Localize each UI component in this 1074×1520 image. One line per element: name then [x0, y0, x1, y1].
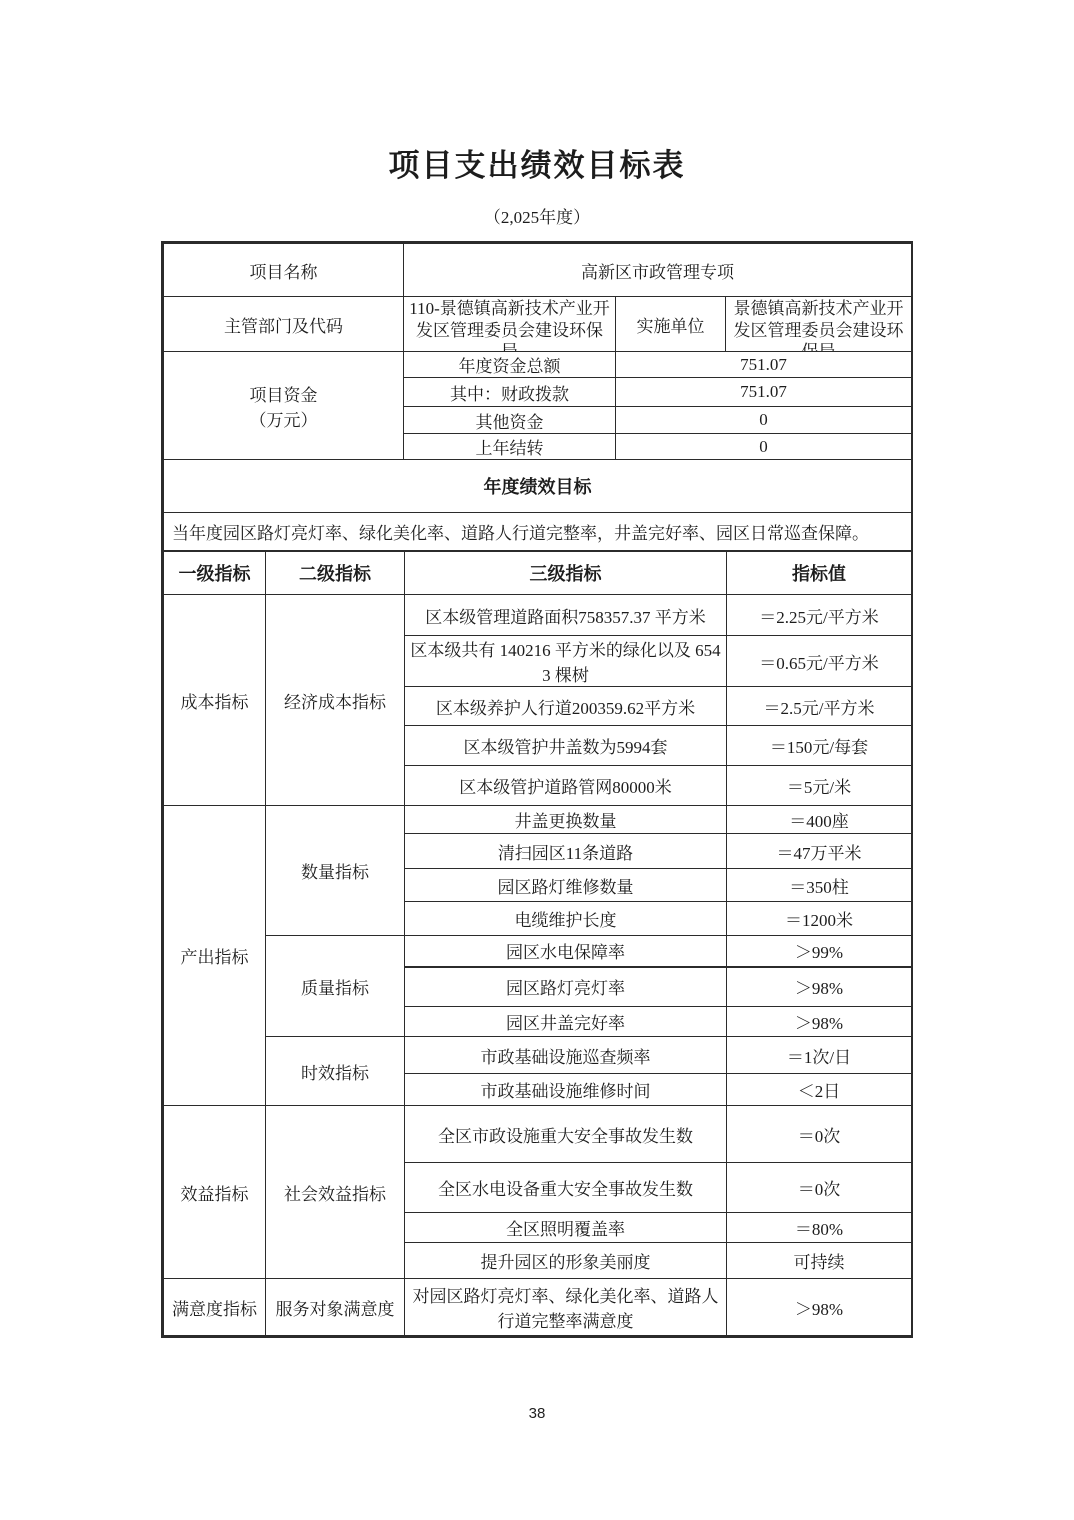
- value-cell: ＞98%: [727, 967, 912, 1007]
- project-name-value: 高新区市政管理专项: [404, 244, 912, 297]
- funds-row-value: 751.07: [616, 378, 912, 407]
- col-header-level2: 二级指标: [266, 552, 405, 595]
- table-row: 成本指标 经济成本指标 区本级管理道路面积758357.37 平方米 ＝2.25…: [164, 595, 912, 636]
- table-row: 质量指标 园区水电保障率 ＞99%: [164, 936, 912, 967]
- funds-row-value: 751.07: [616, 352, 912, 378]
- page-number: 38: [0, 1405, 1074, 1422]
- dept-value: 110-景德镇高新技术产业开发区管理委员会建设环保局: [404, 297, 616, 352]
- value-cell: 可持续: [727, 1243, 912, 1279]
- value-cell: ＝1次/日: [727, 1037, 912, 1074]
- table-row: 满意度指标 服务对象满意度 对园区路灯亮灯率、绿化美化率、道路人行道完整率满意度…: [164, 1279, 912, 1336]
- value-cell: ＜2日: [727, 1074, 912, 1106]
- level3-cell: 区本级管护道路管网80000米: [405, 766, 727, 806]
- level3-cell: 区本级管理道路面积758357.37 平方米: [405, 595, 727, 636]
- level3-cell: 市政基础设施巡查频率: [405, 1037, 727, 1074]
- value-cell: ＝1200米: [727, 902, 912, 936]
- col-header-level1: 一级指标: [164, 552, 266, 595]
- value-cell: ＝80%: [727, 1213, 912, 1243]
- table-row: 效益指标 社会效益指标 全区市政设施重大安全事故发生数 ＝0次: [164, 1106, 912, 1163]
- level1-cell: 成本指标: [164, 595, 266, 806]
- level3-cell: 全区照明覆盖率: [405, 1213, 727, 1243]
- impl-unit-value: 景德镇高新技术产业开发区管理委员会建设环保局: [726, 297, 912, 352]
- level2-cell: 社会效益指标: [266, 1106, 405, 1279]
- level3-cell: 园区路灯亮灯率: [405, 967, 727, 1007]
- level3-cell: 区本级养护人行道200359.62平方米: [405, 687, 727, 726]
- level3-cell: 全区水电设备重大安全事故发生数: [405, 1163, 727, 1213]
- value-cell: ＝47万平米: [727, 834, 912, 869]
- col-header-level3: 三级指标: [405, 552, 727, 595]
- annual-goal-header: 年度绩效目标: [164, 460, 912, 513]
- value-cell: ＝150元/每套: [727, 726, 912, 766]
- main-table: 项目名称 高新区市政管理专项 主管部门及代码 110-景德镇高新技术产业开发区管…: [161, 241, 913, 1338]
- value-cell: ＝5元/米: [727, 766, 912, 806]
- value-cell: ＞98%: [727, 1279, 912, 1336]
- value-cell: ＝0.65元/平方米: [727, 636, 912, 687]
- value-cell: ＞98%: [727, 1007, 912, 1037]
- table-row: 时效指标 市政基础设施巡查频率 ＝1次/日: [164, 1037, 912, 1074]
- funds-row-label: 上年结转: [404, 434, 616, 460]
- funds-row-value: 0: [616, 434, 912, 460]
- value-cell: ＝2.25元/平方米: [727, 595, 912, 636]
- funds-row-label: 年度资金总额: [404, 352, 616, 378]
- funds-row-value: 0: [616, 407, 912, 434]
- value-cell: ＞99%: [727, 936, 912, 967]
- value-cell: ＝2.5元/平方米: [727, 687, 912, 726]
- level1-cell: 产出指标: [164, 806, 266, 1106]
- value-cell: ＝0次: [727, 1106, 912, 1163]
- funds-row-label: 其他资金: [404, 407, 616, 434]
- value-cell: ＝0次: [727, 1163, 912, 1213]
- funds-label: 项目资金 （万元）: [164, 352, 404, 460]
- table-row: 产出指标 数量指标 井盖更换数量 ＝400座: [164, 806, 912, 834]
- level1-cell: 满意度指标: [164, 1279, 266, 1336]
- level3-cell: 井盖更换数量: [405, 806, 727, 834]
- project-name-label: 项目名称: [164, 244, 404, 297]
- level3-cell: 园区路灯维修数量: [405, 869, 727, 902]
- value-cell: ＝400座: [727, 806, 912, 834]
- indicators-table: 一级指标 二级指标 三级指标 指标值 成本指标 经济成本指标 区本级管理道路面积…: [163, 551, 912, 1336]
- level3-cell: 区本级管护井盖数为5994套: [405, 726, 727, 766]
- level3-cell: 区本级共有 140216 平方米的绿化以及 6543 棵树: [405, 636, 727, 687]
- level3-cell: 园区水电保障率: [405, 936, 727, 967]
- info-table: 项目名称 高新区市政管理专项 主管部门及代码 110-景德镇高新技术产业开发区管…: [163, 243, 912, 551]
- impl-unit-label: 实施单位: [616, 297, 726, 352]
- level3-cell: 对园区路灯亮灯率、绿化美化率、道路人行道完整率满意度: [405, 1279, 727, 1336]
- page-subtitle: （2,025年度）: [0, 203, 1074, 228]
- level2-cell: 质量指标: [266, 936, 405, 1037]
- annual-goal-text: 当年度园区路灯亮灯率、绿化美化率、道路人行道完整率，井盖完好率、园区日常巡查保障…: [164, 513, 912, 551]
- value-cell: ＝350柱: [727, 869, 912, 902]
- level2-cell: 时效指标: [266, 1037, 405, 1106]
- level2-cell: 数量指标: [266, 806, 405, 936]
- dept-label: 主管部门及代码: [164, 297, 404, 352]
- level3-cell: 电缆维护长度: [405, 902, 727, 936]
- level2-cell: 经济成本指标: [266, 595, 405, 806]
- level2-cell: 服务对象满意度: [266, 1279, 405, 1336]
- level3-cell: 市政基础设施维修时间: [405, 1074, 727, 1106]
- level3-cell: 提升园区的形象美丽度: [405, 1243, 727, 1279]
- col-header-value: 指标值: [727, 552, 912, 595]
- level3-cell: 全区市政设施重大安全事故发生数: [405, 1106, 727, 1163]
- level1-cell: 效益指标: [164, 1106, 266, 1279]
- funds-row-label: 其中：财政拨款: [404, 378, 616, 407]
- level3-cell: 园区井盖完好率: [405, 1007, 727, 1037]
- page-title: 项目支出绩效目标表: [0, 0, 1074, 185]
- level3-cell: 清扫园区11条道路: [405, 834, 727, 869]
